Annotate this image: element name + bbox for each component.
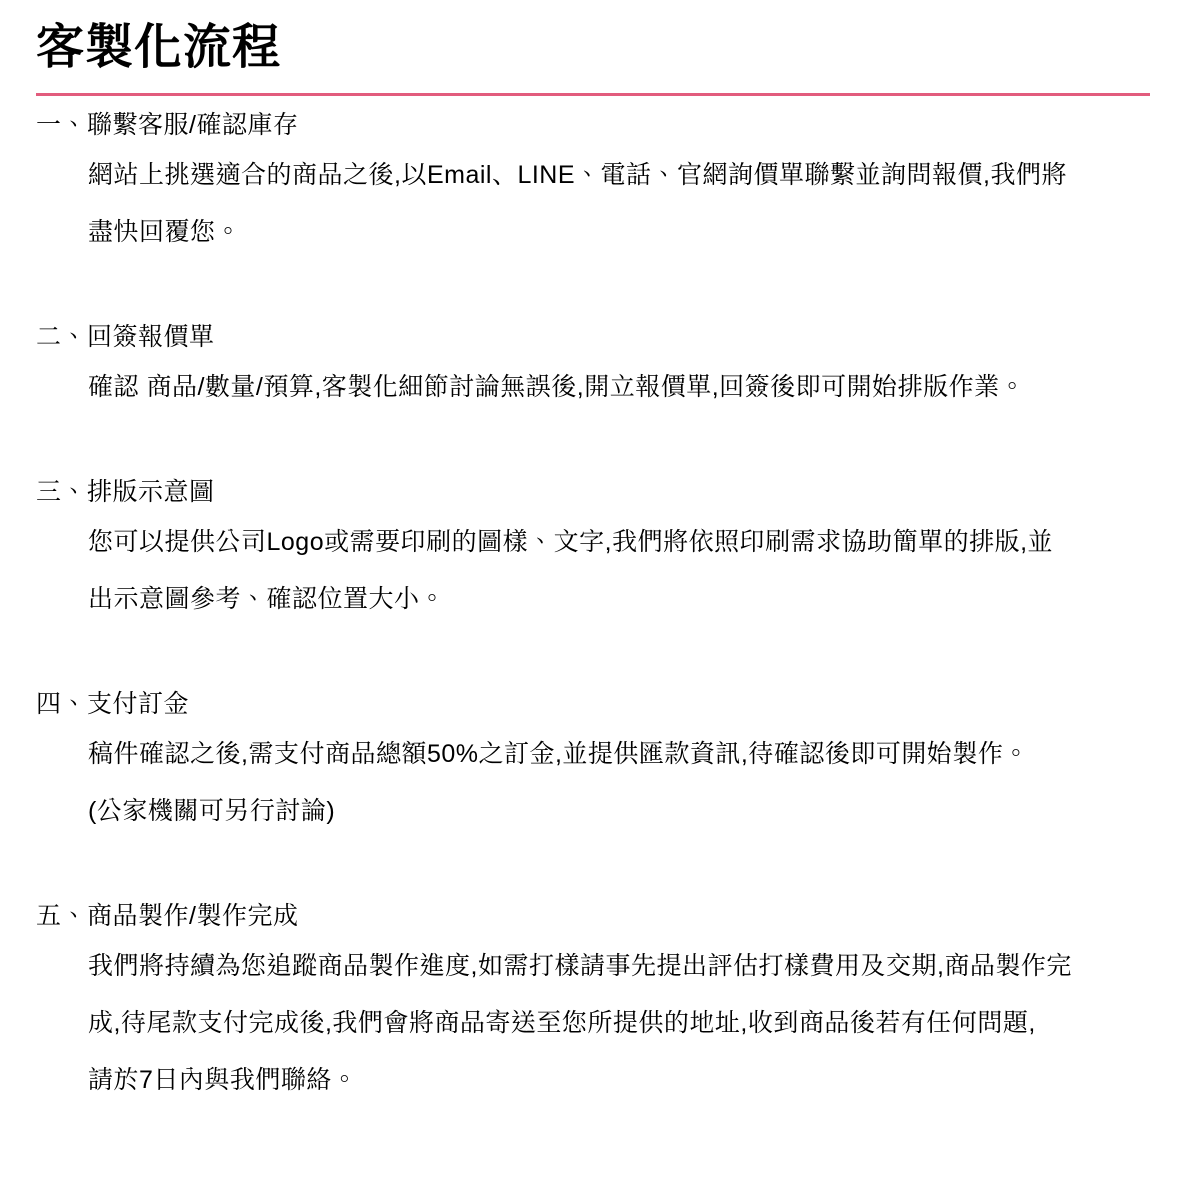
section-body: 確認 商品/數量/預算,客製化細節討論無誤後,開立報價單,回簽後即可開始排版作業… [88,359,1150,416]
section-body: 我們將持續為您追蹤商品製作進度,如需打樣請事先提出評估打樣費用及交期,商品製作完… [88,938,1150,1109]
document-page: 客製化流程 一、聯繫客服/確認庫存 網站上挑選適合的商品之後,以Email、LI… [0,0,1181,1181]
section-heading: 二、回簽報價單 [36,320,1150,355]
section-heading: 一、聯繫客服/確認庫存 [36,108,1150,143]
process-section-1: 一、聯繫客服/確認庫存 網站上挑選適合的商品之後,以Email、LINE、電話、… [36,108,1150,261]
section-body: 網站上挑選適合的商品之後,以Email、LINE、電話、官網詢價單聯繫並詢問報價… [88,147,1150,261]
process-section-2: 二、回簽報價單 確認 商品/數量/預算,客製化細節討論無誤後,開立報價單,回簽後… [36,320,1150,416]
section-heading: 三、排版示意圖 [36,475,1150,510]
section-body: 稿件確認之後,需支付商品總額50%之訂金,並提供匯款資訊,待確認後即可開始製作。… [88,726,1150,840]
process-section-5: 五、商品製作/製作完成 我們將持續為您追蹤商品製作進度,如需打樣請事先提出評估打… [36,899,1150,1109]
title-divider [36,93,1150,96]
section-body: 您可以提供公司Logo或需要印刷的圖樣、文字,我們將依照印刷需求協助簡單的排版,… [88,514,1150,628]
section-heading: 四、支付訂金 [36,687,1150,722]
process-section-4: 四、支付訂金 稿件確認之後,需支付商品總額50%之訂金,並提供匯款資訊,待確認後… [36,687,1150,840]
section-heading: 五、商品製作/製作完成 [36,899,1150,934]
page-title: 客製化流程 [36,18,1150,78]
process-section-3: 三、排版示意圖 您可以提供公司Logo或需要印刷的圖樣、文字,我們將依照印刷需求… [36,475,1150,628]
